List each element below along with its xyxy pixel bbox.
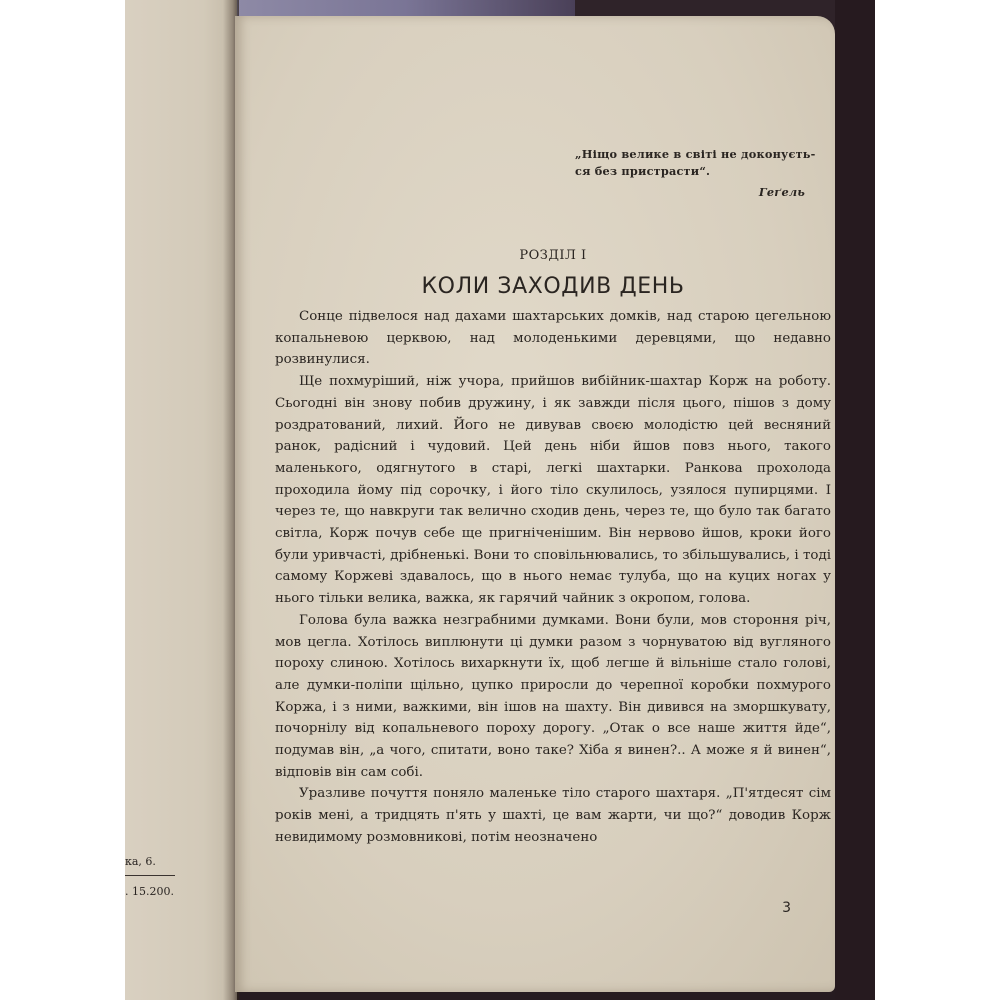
photo-scene: ка, 6. . 15.200. „Ніщо велике в світі не… bbox=[125, 0, 875, 1000]
left-page: ка, 6. . 15.200. bbox=[125, 0, 237, 1000]
paragraph: Голова була важка незграбними думками. В… bbox=[275, 610, 831, 784]
page-content: „Ніщо велике в світі не доконуєть- ся бе… bbox=[275, 16, 831, 992]
epigraph-author: Геґель bbox=[575, 184, 835, 201]
paragraph: Сонце підвелося над дахами шахтарських д… bbox=[275, 306, 831, 371]
paragraph: Ще похмуріший, ніж учора, прийшов вибійн… bbox=[275, 371, 831, 610]
right-table-edge bbox=[835, 0, 875, 1000]
epigraph-quote-line-1: „Ніщо велике в світі не доконуєть- bbox=[575, 147, 816, 161]
paragraph: Уразливе почуття поняло маленьке тіло ст… bbox=[275, 783, 831, 848]
imprint-line-1: ка, 6. bbox=[125, 855, 156, 868]
right-page: „Ніщо велике в світі не доконуєть- ся бе… bbox=[235, 16, 835, 992]
body-text: Сонце підвелося над дахами шахтарських д… bbox=[275, 306, 831, 849]
chapter-label: РОЗДІЛ І bbox=[275, 248, 831, 263]
epigraph-quote-line-2: ся без пристрасти“. bbox=[575, 164, 710, 178]
page-number: 3 bbox=[782, 900, 791, 916]
imprint-line-2: . 15.200. bbox=[125, 885, 174, 898]
imprint-rule bbox=[125, 875, 175, 876]
epigraph: „Ніщо велике в світі не доконуєть- ся бе… bbox=[575, 146, 835, 201]
chapter-title: КОЛИ ЗАХОДИВ ДЕНЬ bbox=[275, 274, 831, 299]
